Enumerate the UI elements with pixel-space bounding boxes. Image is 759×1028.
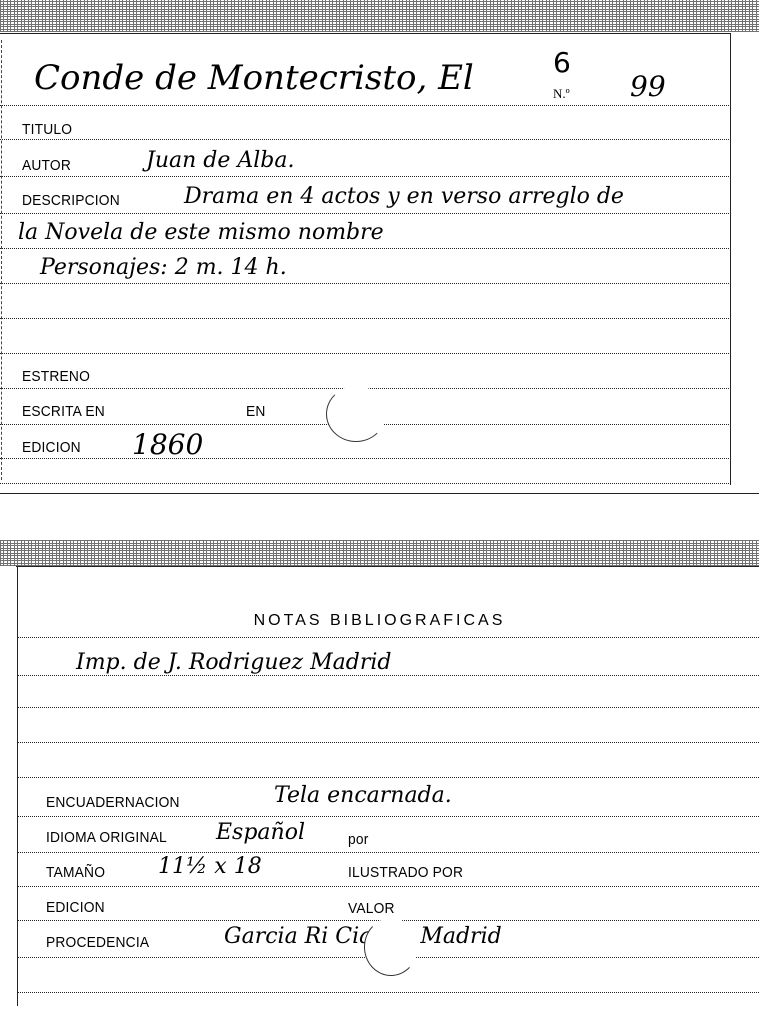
edicion-label: EDICION (22, 439, 81, 456)
rule (0, 139, 731, 140)
idioma-original-value: Español (216, 820, 305, 845)
rule (17, 852, 759, 853)
rule (0, 353, 731, 354)
card-left-border (17, 566, 18, 1006)
number-label: N.º (553, 86, 570, 102)
edicion-label: EDICION (46, 899, 105, 916)
ilustrado-por-label: ILUSTRADO POR (348, 864, 463, 881)
punch-hole (364, 918, 418, 976)
card-right-border (730, 33, 731, 485)
descripcion-value: Drama en 4 actos y en verso arreglo de (184, 184, 624, 209)
descripcion-continued: la Novela de este mismo nombre (18, 220, 384, 245)
rule (0, 318, 731, 319)
card-bottom-edge (0, 493, 759, 494)
rule (0, 176, 731, 177)
rule (0, 105, 731, 106)
estreno-label: ESTRENO (22, 368, 90, 385)
rule (17, 777, 759, 778)
tamano-value: 11½ x 18 (158, 854, 262, 879)
rule (17, 637, 759, 638)
idioma-original-label: IDIOMA ORIGINAL (46, 829, 167, 846)
autor-label: AUTOR (22, 157, 71, 174)
por-label: por (348, 831, 368, 848)
notas-heading: NOTAS BIBLIOGRAFICAS (0, 612, 759, 630)
encuadernacion-value: Tela encarnada. (274, 783, 452, 808)
rule (17, 742, 759, 743)
edicion-value: 1860 (132, 428, 203, 461)
titulo-label: TITULO (22, 121, 72, 138)
punch-hole (326, 386, 386, 442)
procedencia-label: PROCEDENCIA (46, 934, 149, 951)
catalog-card-back: NOTAS BIBLIOGRAFICAS Imp. de J. Rodrigue… (0, 540, 759, 1028)
series-mark: 6 (553, 46, 571, 79)
personajes-note: Personajes: 2 m. 14 h. (40, 255, 287, 280)
rule (0, 248, 731, 249)
rule (0, 283, 731, 284)
catalog-card-front: Conde de Montecristo, El 6 N.º 99 TITULO… (0, 0, 759, 500)
notes-value: Imp. de J. Rodriguez Madrid (76, 650, 391, 675)
card-left-edge (1, 40, 2, 480)
rule (0, 483, 731, 484)
descripcion-label: DESCRIPCION (22, 192, 120, 209)
rule (17, 992, 759, 993)
card-top-border (16, 566, 759, 567)
title-handwritten: Conde de Montecristo, El (34, 58, 474, 98)
rule (17, 675, 759, 676)
number-value: 99 (630, 70, 666, 103)
scan-noise-top (0, 0, 759, 32)
rule (0, 458, 731, 459)
escrita-en-label: ESCRITA EN (22, 403, 105, 420)
rule (17, 816, 759, 817)
procedencia-value: Garcia Ri Cia. de Madrid (224, 924, 502, 949)
scan-noise-top (0, 540, 759, 566)
rule (17, 886, 759, 887)
rule (0, 213, 731, 214)
card-top-border (0, 33, 731, 34)
en-label: EN (246, 403, 266, 420)
tamano-label: TAMAÑO (46, 864, 105, 881)
autor-value: Juan de Alba. (146, 148, 294, 173)
rule (17, 707, 759, 708)
encuadernacion-label: ENCUADERNACION (46, 794, 180, 811)
valor-label: VALOR (348, 900, 395, 917)
